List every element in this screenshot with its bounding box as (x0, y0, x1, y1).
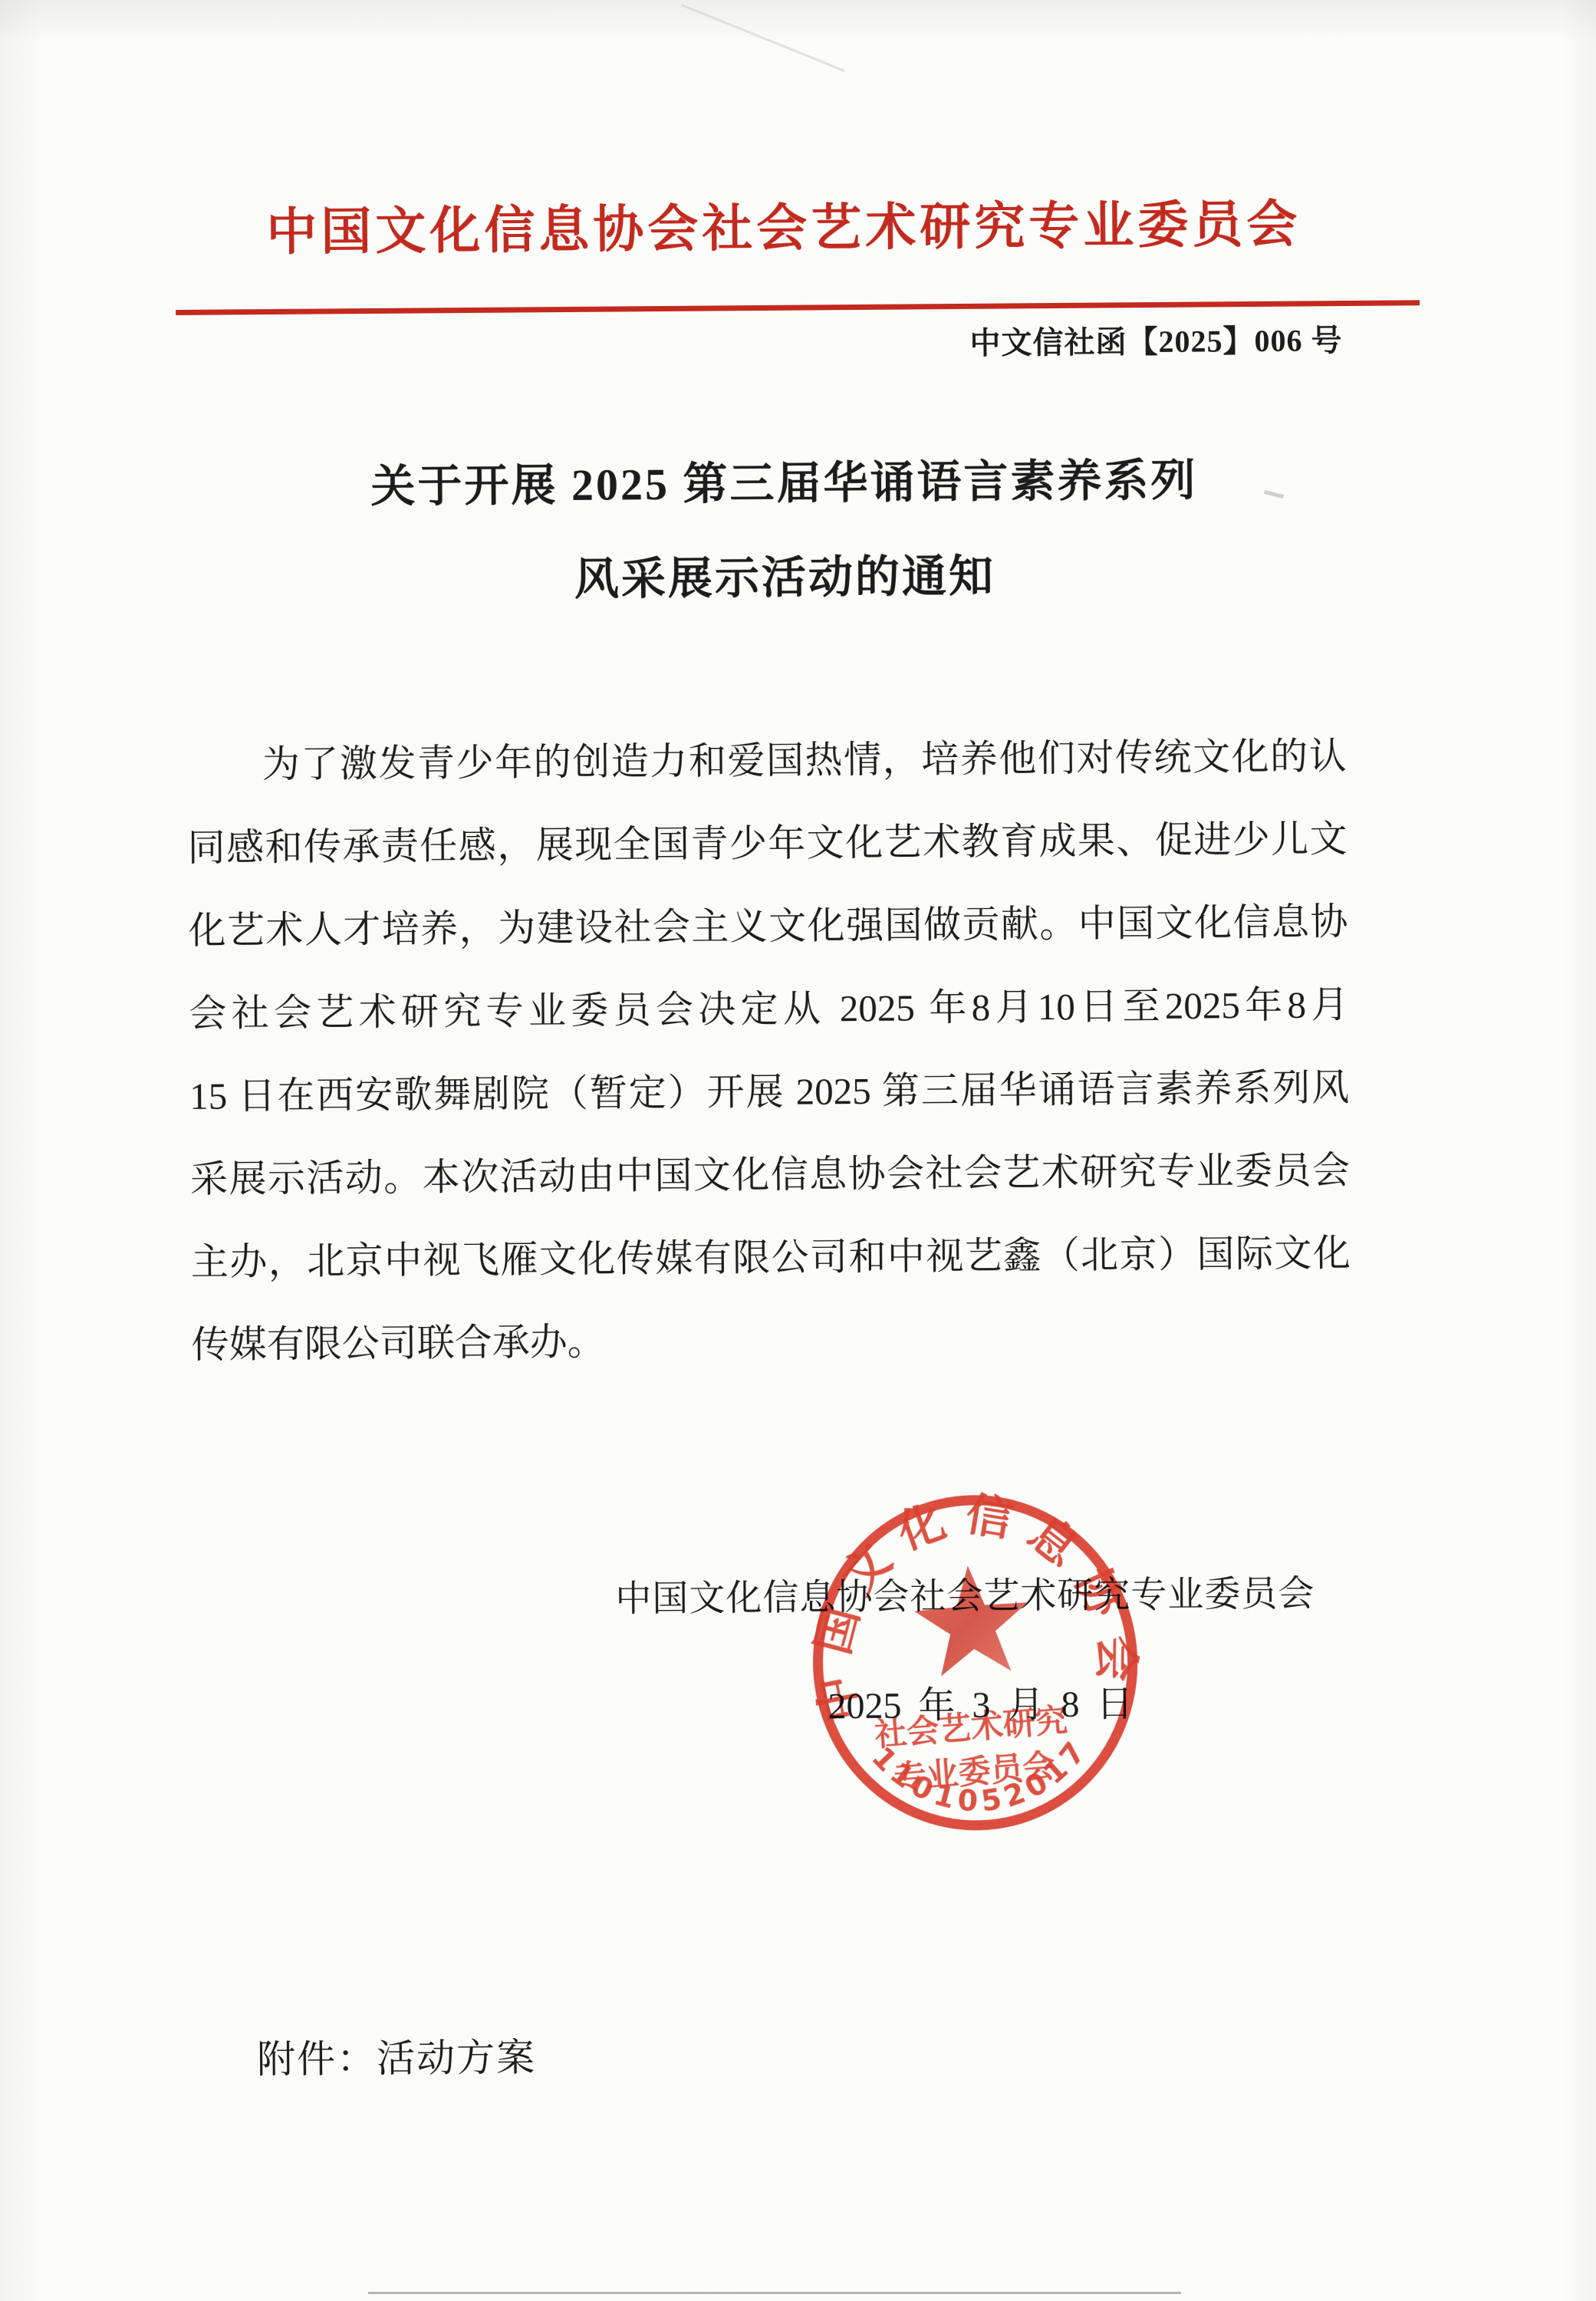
letterhead-divider (176, 300, 1420, 315)
seal-star-icon (911, 1561, 1033, 1677)
official-seal: 中国文化信息协会 社会艺术研究 专业委员会 1101052017488 (794, 1478, 1157, 1856)
body-line: 主办，北京中视飞雁文化传媒有限公司和中视艺鑫（北京）国际文化 (190, 1212, 1351, 1304)
letter-content: 中国文化信息协会社会艺术研究专业委员会 中文信社函【2025】006 号 关于开… (176, 0, 1372, 2301)
body-paragraph: 为了激发青少年的创造力和爱国热情，培养他们对传统文化的认 同感和传承责任感，展现… (186, 715, 1351, 1387)
body-line: 15 日在西安歌舞剧院（暂定）开展 2025 第三届华诵语言素养系列风 (189, 1046, 1350, 1138)
seal-center-text-1: 社会艺术研究 (874, 1703, 1069, 1753)
scanned-notice-page: 中国文化信息协会社会艺术研究专业委员会 中文信社函【2025】006 号 关于开… (0, 0, 1596, 2301)
notice-title-line-2: 风采展示活动的通知 (181, 537, 1359, 611)
doc-number: 中文信社函【2025】006 号 (969, 316, 1342, 363)
body-line: 为了激发青少年的创造力和爱国热情，培养他们对传统文化的认 (186, 715, 1347, 807)
notice-title-line-1: 关于开展 2025 第三届华诵语言素养系列 (180, 443, 1358, 516)
body-line: 同感和传承责任感，展现全国青少年文化艺术教育成果、促进少儿文 (187, 798, 1348, 890)
body-line: 采展示活动。本次活动由中国文化信息协会社会艺术研究专业委员会 (190, 1129, 1351, 1221)
body-line: 传媒有限公司联合承办。 (191, 1295, 1351, 1387)
letterhead-org-name: 中国文化信息协会社会艺术研究专业委员会 (178, 183, 1356, 265)
attachment-note: 附件：活动方案 (257, 2026, 537, 2084)
body-line: 会社会艺术研究专业委员会决定从 2025 年8月10日至2025年8月 (189, 963, 1349, 1055)
body-line: 化艺术人才培养，为建设社会主义文化强国做贡献。中国文化信息协 (188, 881, 1348, 973)
